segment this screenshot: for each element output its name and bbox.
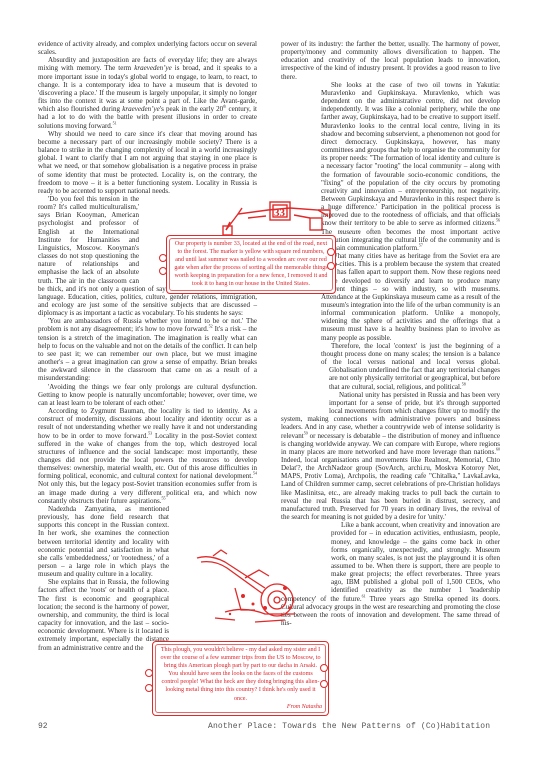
running-title: Another Place: Towards the New Patterns … [208, 722, 490, 731]
footnote-ref: 51 [113, 120, 117, 125]
binder-ring-icon [320, 680, 328, 688]
paragraph: power of its industry: the farther the b… [281, 40, 500, 81]
paragraph: 'Avoiding the things we fear only prolon… [38, 383, 257, 407]
binder-ring-icon [320, 664, 328, 672]
paragraph: evidence of activity already, and comple… [38, 40, 257, 56]
paragraph: According to Zygmunt Bauman, the localit… [38, 407, 257, 505]
paragraph: Absurdity and juxtaposition are facts of… [38, 56, 257, 129]
binder-ring-icon [145, 669, 153, 677]
sign-caption-text: Our property is number 33, located at th… [174, 241, 327, 287]
house-number-sign-illustration: 33 [218, 200, 343, 240]
plough-caption-box: This plough, you wouldn't believe - my d… [152, 641, 329, 716]
plough-caption-text: This plough, you wouldn't believe - my d… [160, 647, 320, 702]
sign-caption-box: Our property is number 33, located at th… [166, 235, 336, 294]
paragraph: Why should we need to care since it's cl… [38, 130, 257, 195]
binder-ring-icon [327, 262, 335, 270]
binder-ring-icon [145, 684, 153, 692]
document-page: evidence of activity already, and comple… [0, 0, 538, 761]
plough-illustration [195, 548, 305, 626]
sign-number: 33 [274, 207, 286, 219]
binder-ring-icon [159, 267, 167, 275]
page-number: 92 [38, 722, 48, 731]
binder-ring-icon [327, 248, 335, 256]
binder-ring-icon [159, 254, 167, 262]
plough-caption-signature: From Natasha [159, 703, 322, 711]
paragraph: 'You are ambassadors of Russia whether y… [38, 317, 257, 382]
right-column: power of its industry: the farther the b… [281, 40, 500, 627]
